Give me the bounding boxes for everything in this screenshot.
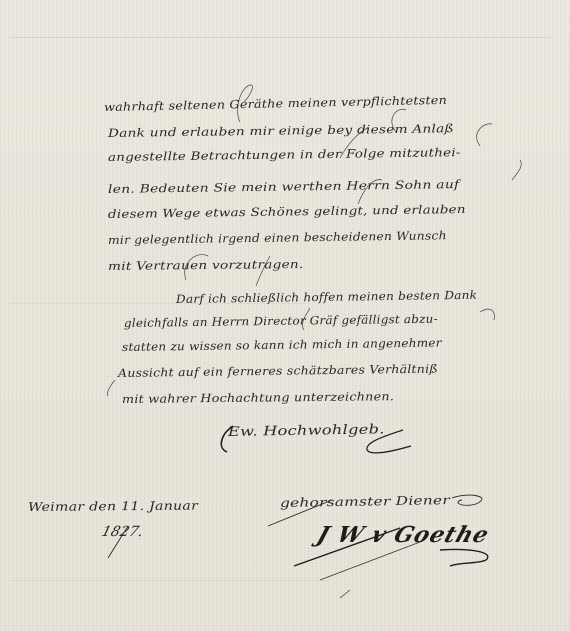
closing: gehorsamster Diener xyxy=(280,493,450,510)
letter-line: mit wahrer Hochachtung unterzeichnen. xyxy=(122,389,394,406)
year: 1827. xyxy=(100,524,145,540)
letter-line: mir gelegentlich irgend einen bescheiden… xyxy=(108,228,447,247)
letter-line: Aussicht auf ein ferneres schätzbares Ve… xyxy=(118,362,438,380)
letter-line: Darf ich schließlich hoffen meinen beste… xyxy=(176,288,477,306)
letter-line: len. Bedeuten Sie mein werthen Herrn Soh… xyxy=(108,177,460,196)
letter-page: wahrhaft seltenen Geräthe meinen verpfli… xyxy=(0,0,570,631)
letter-line: mit Vertrauen vorzutragen. xyxy=(108,257,304,273)
letter-line: angestellte Betrachtungen in der Folge m… xyxy=(108,145,461,164)
paper-crease xyxy=(10,580,330,581)
letter-line: gleichfalls an Herrn Director Gräf gefäl… xyxy=(124,312,438,330)
letter-line: diesem Wege etwas Schönes gelingt, und e… xyxy=(108,202,466,221)
signature: J W v Goethe xyxy=(314,522,493,548)
salutation: Ew. Hochwohlgeb. xyxy=(228,422,385,440)
letter-line: statten zu wissen so kann ich mich in an… xyxy=(122,336,442,354)
letter-line: Dank und erlauben mir einige bey diesem … xyxy=(108,121,454,140)
paper-crease xyxy=(10,37,550,38)
letter-line: wahrhaft seltenen Geräthe meinen verpfli… xyxy=(104,93,447,114)
place-date: Weimar den 11. Januar xyxy=(28,499,198,514)
